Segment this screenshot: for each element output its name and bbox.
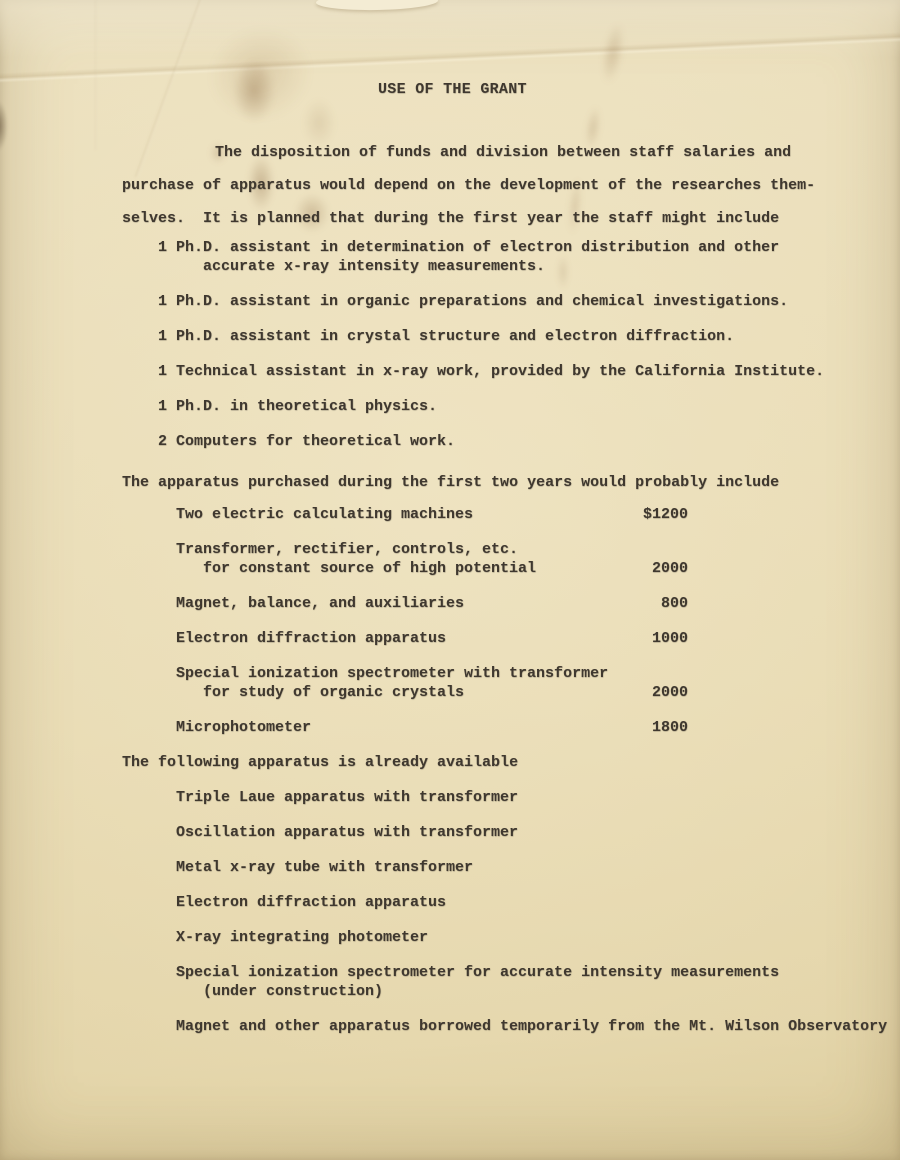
item-line: Transformer, rectifier, controls, etc. xyxy=(176,540,862,559)
item-line: (under construction) xyxy=(176,982,862,1001)
item-line: Triple Laue apparatus with transformer xyxy=(176,788,862,807)
item-line: Oscillation apparatus with transformer xyxy=(176,823,862,842)
item-line: Ph.D. in theoretical physics. xyxy=(176,397,862,416)
available-apparatus-list: Triple Laue apparatus with transformerOs… xyxy=(122,788,862,1052)
item-line: Magnet, balance, and auxiliaries xyxy=(176,594,862,613)
paragraph-line: purchase of apparatus would depend on th… xyxy=(122,169,862,202)
staff-item: 1Ph.D. assistant in organic preparations… xyxy=(122,292,862,311)
item-line: for constant source of high potential xyxy=(176,559,862,578)
available-apparatus-item: X-ray integrating photometer xyxy=(122,928,862,947)
paragraph-line: The disposition of funds and division be… xyxy=(122,136,862,169)
item-line: Technical assistant in x-ray work, provi… xyxy=(176,362,862,381)
item-amount: 1800 xyxy=(652,718,688,737)
item-amount: 800 xyxy=(661,594,688,613)
intro-paragraph: The disposition of funds and division be… xyxy=(122,136,862,235)
item-amount: 1000 xyxy=(652,629,688,648)
staff-item: 1Ph.D. assistant in determination of ele… xyxy=(122,238,862,276)
apparatus-cost-table: Two electric calculating machines$1200Tr… xyxy=(122,505,862,753)
staff-item: 1Ph.D. assistant in crystal structure an… xyxy=(122,327,862,346)
item-amount: 2000 xyxy=(652,683,688,702)
vertical-crease xyxy=(95,0,97,150)
item-line: for study of organic crystals xyxy=(176,683,862,702)
item-line: Electron diffraction apparatus xyxy=(176,893,862,912)
item-line: Magnet and other apparatus borrowed temp… xyxy=(176,1017,862,1036)
available-apparatus-item: Electron diffraction apparatus xyxy=(122,893,862,912)
staff-list: 1Ph.D. assistant in determination of ele… xyxy=(122,238,862,467)
item-quantity: 2 xyxy=(158,432,167,451)
item-quantity: 1 xyxy=(158,327,167,346)
item-line: Computers for theoretical work. xyxy=(176,432,862,451)
available-apparatus-item: Special ionization spectrometer for accu… xyxy=(122,963,862,1001)
available-apparatus-item: Magnet and other apparatus borrowed temp… xyxy=(122,1017,862,1036)
paragraph-line: selves. It is planned that during the fi… xyxy=(122,202,862,235)
item-line: Ph.D. assistant in organic preparations … xyxy=(176,292,862,311)
item-line: Microphotometer xyxy=(176,718,862,737)
apparatus-cost-row: Two electric calculating machines$1200 xyxy=(122,505,862,524)
apparatus-heading: The apparatus purchased during the first… xyxy=(122,473,862,492)
item-amount: 2000 xyxy=(652,559,688,578)
left-edge-mark xyxy=(0,100,8,152)
item-quantity: 1 xyxy=(158,362,167,381)
item-quantity: 1 xyxy=(158,238,167,257)
apparatus-cost-row: Electron diffraction apparatus1000 xyxy=(122,629,862,648)
item-quantity: 1 xyxy=(158,292,167,311)
staff-item: 2Computers for theoretical work. xyxy=(122,432,862,451)
available-apparatus-item: Triple Laue apparatus with transformer xyxy=(122,788,862,807)
item-line: Metal x-ray tube with transformer xyxy=(176,858,862,877)
available-apparatus-item: Metal x-ray tube with transformer xyxy=(122,858,862,877)
staff-item: 1Ph.D. in theoretical physics. xyxy=(122,397,862,416)
scanned-document-page: USE OF THE GRANT The disposition of fund… xyxy=(0,0,900,1160)
item-line: accurate x-ray intensity measurements. xyxy=(176,257,862,276)
item-line: Special ionization spectrometer with tra… xyxy=(176,664,862,683)
item-line: Ph.D. assistant in determination of elec… xyxy=(176,238,862,257)
item-quantity: 1 xyxy=(158,397,167,416)
apparatus-cost-row: Magnet, balance, and auxiliaries800 xyxy=(122,594,862,613)
apparatus-cost-row: Special ionization spectrometer with tra… xyxy=(122,664,862,702)
staff-item: 1Technical assistant in x-ray work, prov… xyxy=(122,362,862,381)
item-line: Electron diffraction apparatus xyxy=(176,629,862,648)
available-heading: The following apparatus is already avail… xyxy=(122,753,862,772)
document-content: USE OF THE GRANT The disposition of fund… xyxy=(122,0,862,1052)
item-line: Special ionization spectrometer for accu… xyxy=(176,963,862,982)
item-line: X-ray integrating photometer xyxy=(176,928,862,947)
item-amount: $1200 xyxy=(643,505,688,524)
document-title: USE OF THE GRANT xyxy=(378,80,862,99)
available-apparatus-item: Oscillation apparatus with transformer xyxy=(122,823,862,842)
apparatus-cost-row: Transformer, rectifier, controls, etc.fo… xyxy=(122,540,862,578)
item-line: Ph.D. assistant in crystal structure and… xyxy=(176,327,862,346)
apparatus-cost-row: Microphotometer1800 xyxy=(122,718,862,737)
item-line: Two electric calculating machines xyxy=(176,505,862,524)
